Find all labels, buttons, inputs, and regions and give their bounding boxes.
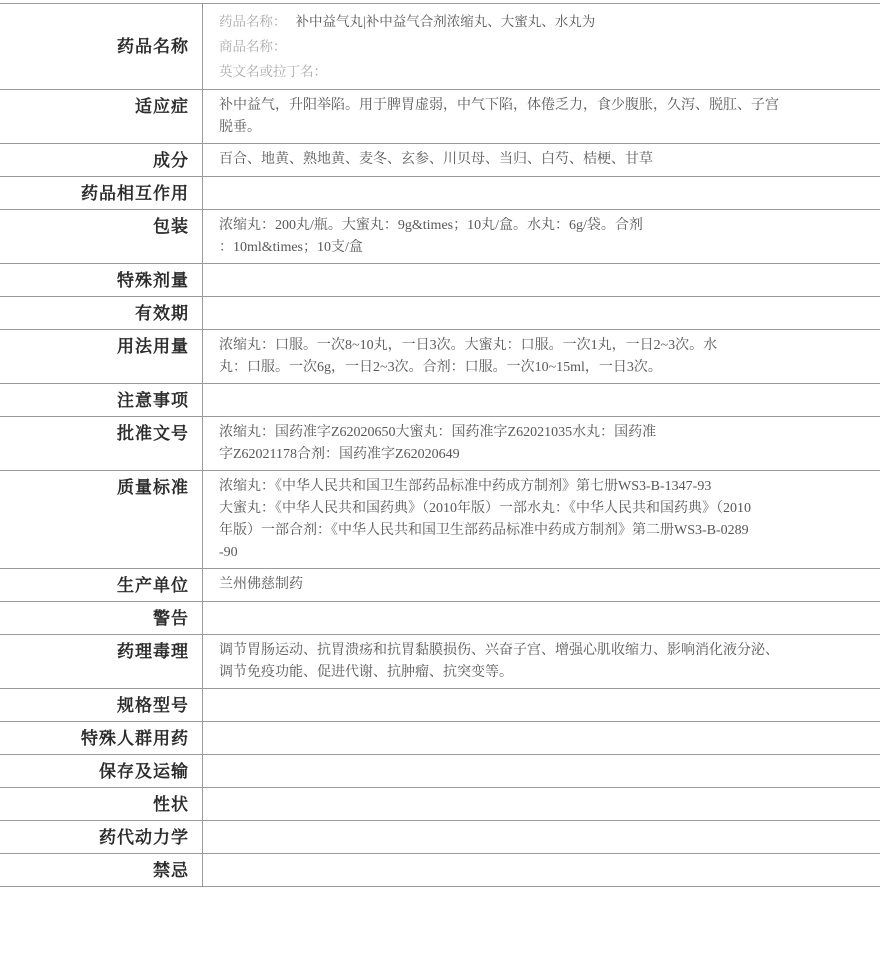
row-content: 浓缩丸：《中华人民共和国卫生部药品标准中药成方制剂》第七册WS3-B-1347-… — [203, 471, 880, 568]
row-label: 生产单位 — [0, 569, 203, 601]
row-label: 特殊人群用药 — [0, 722, 203, 754]
english-name-prefix: 英文名或拉丁名： — [219, 64, 327, 79]
english-name-line: 英文名或拉丁名： — [219, 59, 866, 84]
row-content — [203, 821, 880, 853]
row-label: 适应症 — [0, 90, 203, 143]
row-content: 浓缩丸：国药准字Z62020650大蜜丸：国药准字Z62021035水丸：国药准… — [203, 417, 880, 470]
table-row: 药品相互作用 — [0, 177, 880, 210]
row-content — [203, 264, 880, 296]
table-row: 生产单位兰州佛慈制药 — [0, 569, 880, 602]
table-row: 药代动力学 — [0, 821, 880, 854]
row-content — [203, 297, 880, 329]
row-label: 成分 — [0, 144, 203, 176]
row-label: 药代动力学 — [0, 821, 203, 853]
row-label: 警告 — [0, 602, 203, 634]
table-row: 禁忌 — [0, 854, 880, 887]
drug-info-table: 药品名称 药品名称：补中益气丸|补中益气合剂浓缩丸、大蜜丸、水丸为 商品名称： … — [0, 3, 880, 887]
row-content — [203, 722, 880, 754]
table-row: 质量标准浓缩丸：《中华人民共和国卫生部药品标准中药成方制剂》第七册WS3-B-1… — [0, 471, 880, 569]
row-label: 性状 — [0, 788, 203, 820]
table-row: 警告 — [0, 602, 880, 635]
table-row: 注意事项 — [0, 384, 880, 417]
row-label: 禁忌 — [0, 854, 203, 886]
row-label: 保存及运输 — [0, 755, 203, 787]
row-label: 药理毒理 — [0, 635, 203, 688]
row-content: 浓缩丸：200丸/瓶。大蜜丸：9g&times；10丸/盒。水丸：6g/袋。合剂… — [203, 210, 880, 263]
drug-name-line: 药品名称：补中益气丸|补中益气合剂浓缩丸、大蜜丸、水丸为 — [219, 9, 866, 34]
table-row: 特殊剂量 — [0, 264, 880, 297]
row-label: 有效期 — [0, 297, 203, 329]
row-content — [203, 384, 880, 416]
drug-name-value: 补中益气丸|补中益气合剂浓缩丸、大蜜丸、水丸为 — [296, 14, 596, 29]
row-content: 兰州佛慈制药 — [203, 569, 880, 601]
row-content: 药品名称：补中益气丸|补中益气合剂浓缩丸、大蜜丸、水丸为 商品名称： 英文名或拉… — [203, 4, 880, 89]
row-label: 特殊剂量 — [0, 264, 203, 296]
table-row: 包装浓缩丸：200丸/瓶。大蜜丸：9g&times；10丸/盒。水丸：6g/袋。… — [0, 210, 880, 264]
row-content — [203, 755, 880, 787]
table-row: 保存及运输 — [0, 755, 880, 788]
table-rows-host: 适应症补中益气，升阳举陷。用于脾胃虚弱，中气下陷，体倦乏力，食少腹胀，久泻、脱肛… — [0, 90, 880, 887]
table-row: 成分百合、地黄、熟地黄、麦冬、玄参、川贝母、当归、白芍、桔梗、甘草 — [0, 144, 880, 177]
table-row-drug-name: 药品名称 药品名称：补中益气丸|补中益气合剂浓缩丸、大蜜丸、水丸为 商品名称： … — [0, 4, 880, 90]
row-label: 药品名称 — [0, 4, 203, 89]
table-row: 有效期 — [0, 297, 880, 330]
row-label: 注意事项 — [0, 384, 203, 416]
trade-name-prefix: 商品名称： — [219, 39, 287, 54]
table-row: 特殊人群用药 — [0, 722, 880, 755]
row-content: 补中益气，升阳举陷。用于脾胃虚弱，中气下陷，体倦乏力，食少腹胀，久泻、脱肛、子宫… — [203, 90, 880, 143]
table-row: 用法用量浓缩丸：口服。一次8~10丸，一日3次。大蜜丸：口服。一次1丸，一日2~… — [0, 330, 880, 384]
row-label: 药品相互作用 — [0, 177, 203, 209]
row-content: 浓缩丸：口服。一次8~10丸，一日3次。大蜜丸：口服。一次1丸，一日2~3次。水… — [203, 330, 880, 383]
table-row: 批准文号浓缩丸：国药准字Z62020650大蜜丸：国药准字Z62021035水丸… — [0, 417, 880, 471]
row-label: 包装 — [0, 210, 203, 263]
row-content — [203, 177, 880, 209]
row-label: 质量标准 — [0, 471, 203, 568]
table-row: 性状 — [0, 788, 880, 821]
row-content — [203, 788, 880, 820]
row-label: 规格型号 — [0, 689, 203, 721]
row-content: 百合、地黄、熟地黄、麦冬、玄参、川贝母、当归、白芍、桔梗、甘草 — [203, 144, 880, 176]
row-content — [203, 854, 880, 886]
table-row: 适应症补中益气，升阳举陷。用于脾胃虚弱，中气下陷，体倦乏力，食少腹胀，久泻、脱肛… — [0, 90, 880, 144]
row-content — [203, 602, 880, 634]
row-label: 批准文号 — [0, 417, 203, 470]
drug-name-prefix: 药品名称： — [219, 14, 287, 29]
row-content — [203, 689, 880, 721]
trade-name-line: 商品名称： — [219, 34, 866, 59]
row-content: 调节胃肠运动、抗胃溃疡和抗胃黏膜损伤、兴奋子宫、增强心肌收缩力、影响消化液分泌、… — [203, 635, 880, 688]
row-label: 用法用量 — [0, 330, 203, 383]
table-row: 药理毒理调节胃肠运动、抗胃溃疡和抗胃黏膜损伤、兴奋子宫、增强心肌收缩力、影响消化… — [0, 635, 880, 689]
table-row: 规格型号 — [0, 689, 880, 722]
